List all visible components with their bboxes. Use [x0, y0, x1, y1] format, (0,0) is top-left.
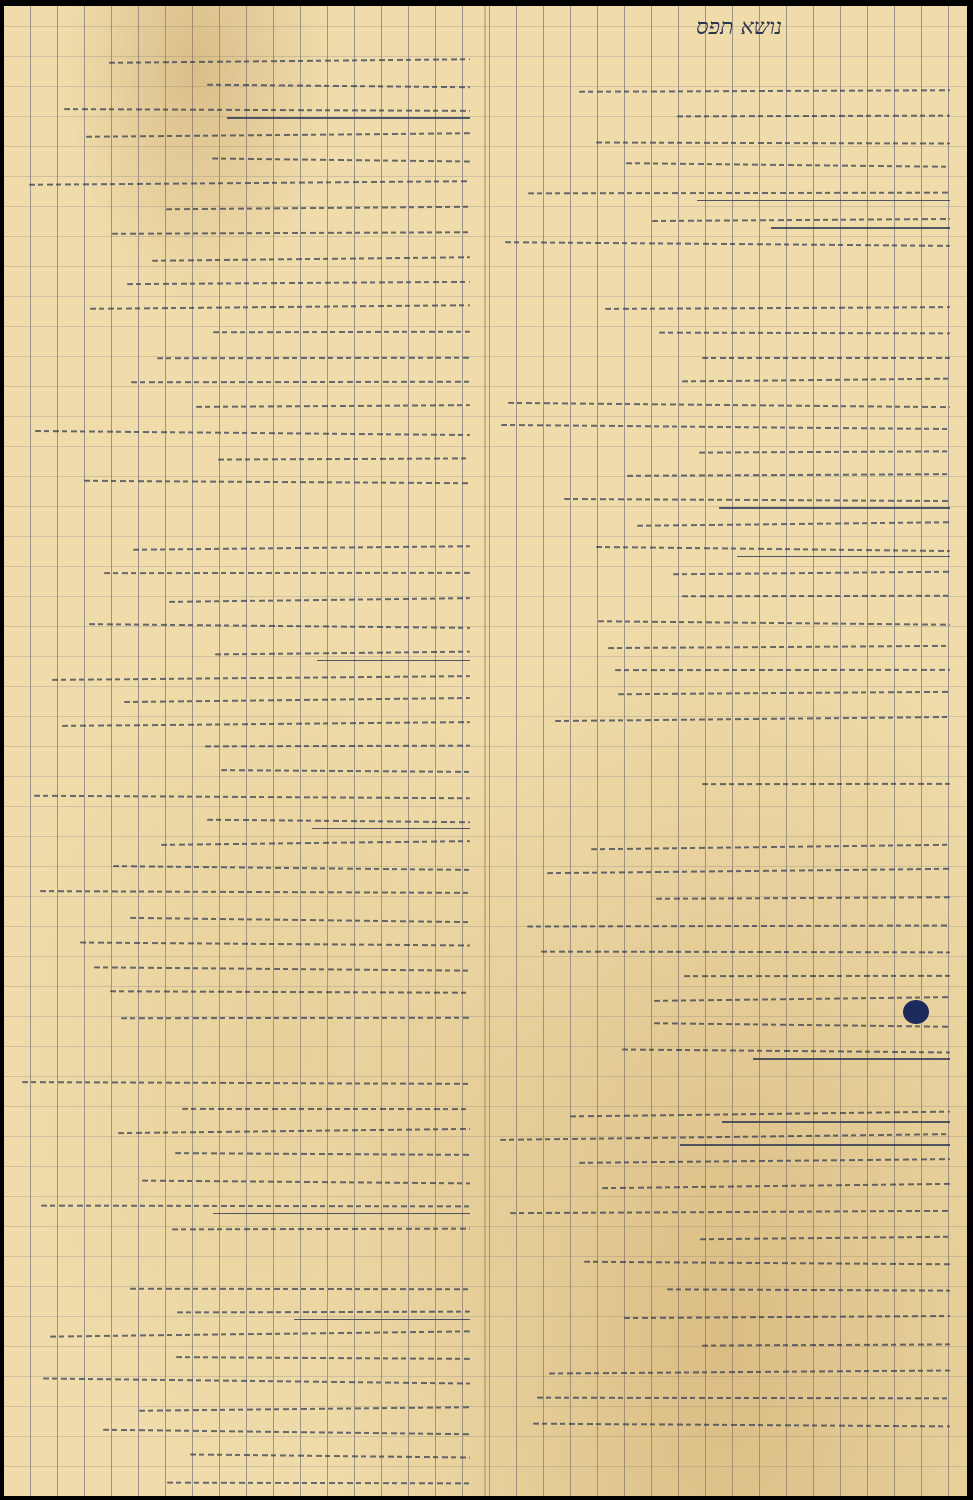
ink-blot	[903, 1000, 929, 1024]
page-heading: נושא תפס	[696, 14, 782, 40]
page-fold	[484, 6, 486, 1496]
